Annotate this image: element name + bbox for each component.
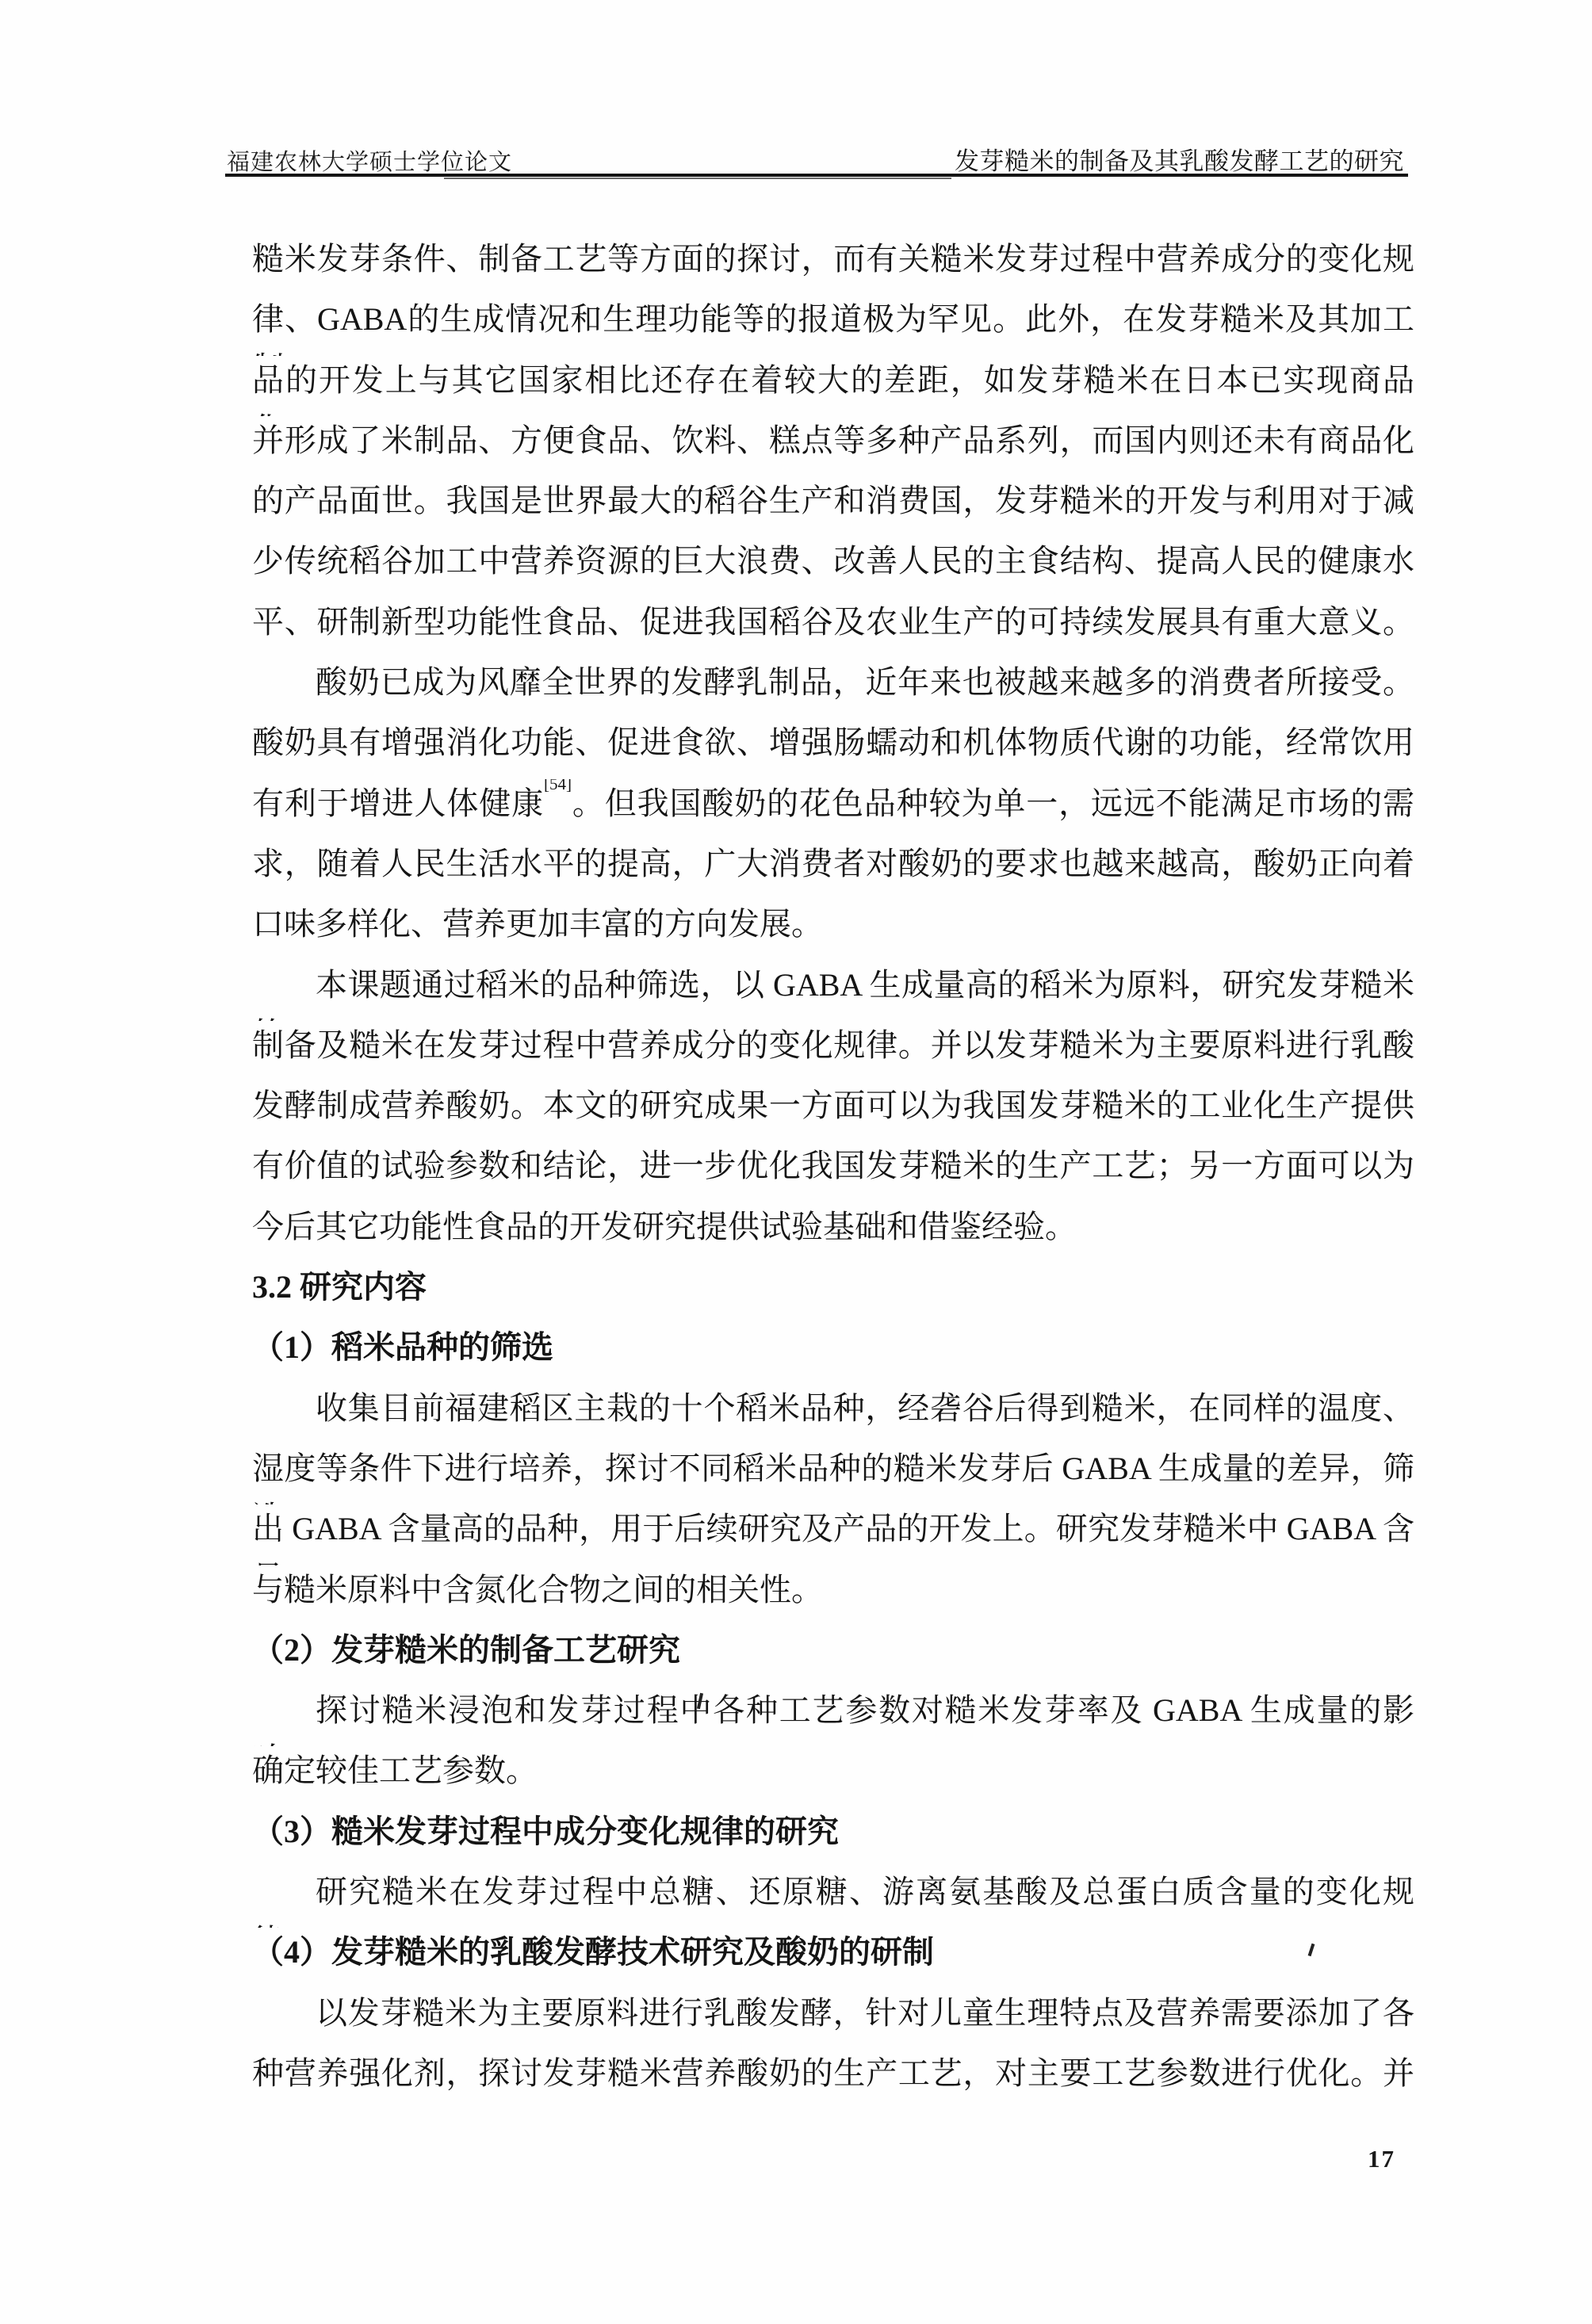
paragraph-line: 研究糙米在发芽过程中总糖、还原糖、游离氨基酸及总蛋白质含量的变化规律。 bbox=[252, 1867, 1414, 1928]
text-line: 求，随着人民生活水平的提高，广大消费者对酸奶的要求也越来越高，酸奶正向着 bbox=[252, 839, 1414, 900]
body-text-column: 糙米发芽条件、制备工艺等方面的探讨，而有关糙米发芽过程中营养成分的变化规 律、G… bbox=[252, 235, 1414, 2109]
text-line: 律、GABA的生成情况和生理功能等的报道极为罕见。此外，在发芽糙米及其加工制 bbox=[252, 295, 1414, 355]
paragraph-start-line: 收集目前福建稻区主栽的十个稻米品种，经砻谷后得到糙米，在同样的温度、 bbox=[252, 1384, 1414, 1444]
item-heading-1: （1）稻米品种的筛选 bbox=[252, 1323, 1414, 1383]
header-rule-shadow bbox=[444, 178, 951, 179]
citation-line-pre: 有利于增进人体健康 bbox=[252, 785, 544, 821]
header-rule bbox=[225, 174, 1408, 177]
page-number: 17 bbox=[1368, 2145, 1395, 2173]
paragraph-end-line: 口味多样化、营养更加丰富的方向发展。 bbox=[252, 900, 1414, 960]
item-heading-3: （3）糙米发芽过程中成分变化规律的研究 bbox=[252, 1807, 1414, 1867]
section-heading-3-2: 3.2 研究内容 bbox=[252, 1263, 1414, 1323]
text-line: 平、研制新型功能性食品、促进我国稻谷及农业生产的可持续发展具有重大意义。 bbox=[252, 598, 1414, 658]
text-line: 制备及糙米在发芽过程中营养成分的变化规律。并以发芽糙米为主要原料进行乳酸 bbox=[252, 1021, 1414, 1081]
text-line: 湿度等条件下进行培养，探讨不同稻米品种的糙米发芽后 GABA 生成量的差异，筛选 bbox=[252, 1444, 1414, 1504]
paragraph-start-line: 本课题通过稻米的品种筛选，以 GABA 生成量高的稻米为原料，研究发芽糙米的 bbox=[252, 961, 1414, 1021]
paragraph-end-line: 与糙米原料中含氮化合物之间的相关性。 bbox=[252, 1565, 1414, 1626]
text-line: 糙米发芽条件、制备工艺等方面的探讨，而有关糙米发芽过程中营养成分的变化规 bbox=[252, 235, 1414, 295]
text-line: 酸奶具有增强消化功能、促进食欲、增强肠蠕动和机体物质代谢的功能，经常饮用 bbox=[252, 718, 1414, 778]
header-right-title: 发芽糙米的制备及其乳酸发酵工艺的研究 bbox=[955, 141, 1404, 177]
header-left-title: 福建农林大学硕士学位论文 bbox=[227, 144, 512, 177]
thesis-page: 福建农林大学硕士学位论文 发芽糙米的制备及其乳酸发酵工艺的研究 糙米发芽条件、制… bbox=[0, 0, 1592, 2324]
text-line: 品的开发上与其它国家相比还存在着较大的差距，如发芽糙米在日本已实现商品化， bbox=[252, 356, 1414, 416]
text-line: 有价值的试验参数和结论，进一步优化我国发芽糙米的生产工艺；另一方面可以为 bbox=[252, 1141, 1414, 1202]
text-line: 少传统稻谷加工中营养资源的巨大浪费、改善人民的主食结构、提高人民的健康水 bbox=[252, 537, 1414, 597]
item-heading-4: （4）发芽糙米的乳酸发酵技术研究及酸奶的研制 bbox=[252, 1928, 1414, 1988]
paragraph-start-line: 酸奶已成为风靡全世界的发酵乳制品，近年来也被越来越多的消费者所接受。 bbox=[252, 658, 1414, 718]
paragraph-start-line: 以发芽糙米为主要原料进行乳酸发酵，针对儿童生理特点及营养需要添加了各 bbox=[252, 1989, 1414, 2049]
citation-marker: [54] bbox=[544, 779, 572, 794]
paragraph-end-line: 确定较佳工艺参数。 bbox=[252, 1746, 1414, 1806]
text-line-with-citation: 有利于增进人体健康[54]。但我国酸奶的花色品种较为单一，远远不能满足市场的需 bbox=[252, 779, 1414, 839]
paragraph-start-line: 探讨糙米浸泡和发芽过程中各种工艺参数对糙米发芽率及 GABA 生成量的影响， bbox=[252, 1686, 1414, 1746]
citation-line-post: 。但我国酸奶的花色品种较为单一，远远不能满足市场的需 bbox=[572, 785, 1414, 821]
text-line: 的产品面世。我国是世界最大的稻谷生产和消费国，发芽糙米的开发与利用对于减 bbox=[252, 476, 1414, 537]
text-line: 发酵制成营养酸奶。本文的研究成果一方面可以为我国发芽糙米的工业化生产提供 bbox=[252, 1081, 1414, 1141]
item-heading-2: （2）发芽糙米的制备工艺研究 bbox=[252, 1626, 1414, 1686]
text-line: 出 GABA 含量高的品种，用于后续研究及产品的开发上。研究发芽糙米中 GABA… bbox=[252, 1504, 1414, 1565]
paragraph-end-line: 今后其它功能性食品的开发研究提供试验基础和借鉴经验。 bbox=[252, 1202, 1414, 1263]
text-line: 并形成了米制品、方便食品、饮料、糕点等多种产品系列，而国内则还未有商品化 bbox=[252, 416, 1414, 476]
text-line: 种营养强化剂，探讨发芽糙米营养酸奶的生产工艺，对主要工艺参数进行优化。并 bbox=[252, 2049, 1414, 2109]
